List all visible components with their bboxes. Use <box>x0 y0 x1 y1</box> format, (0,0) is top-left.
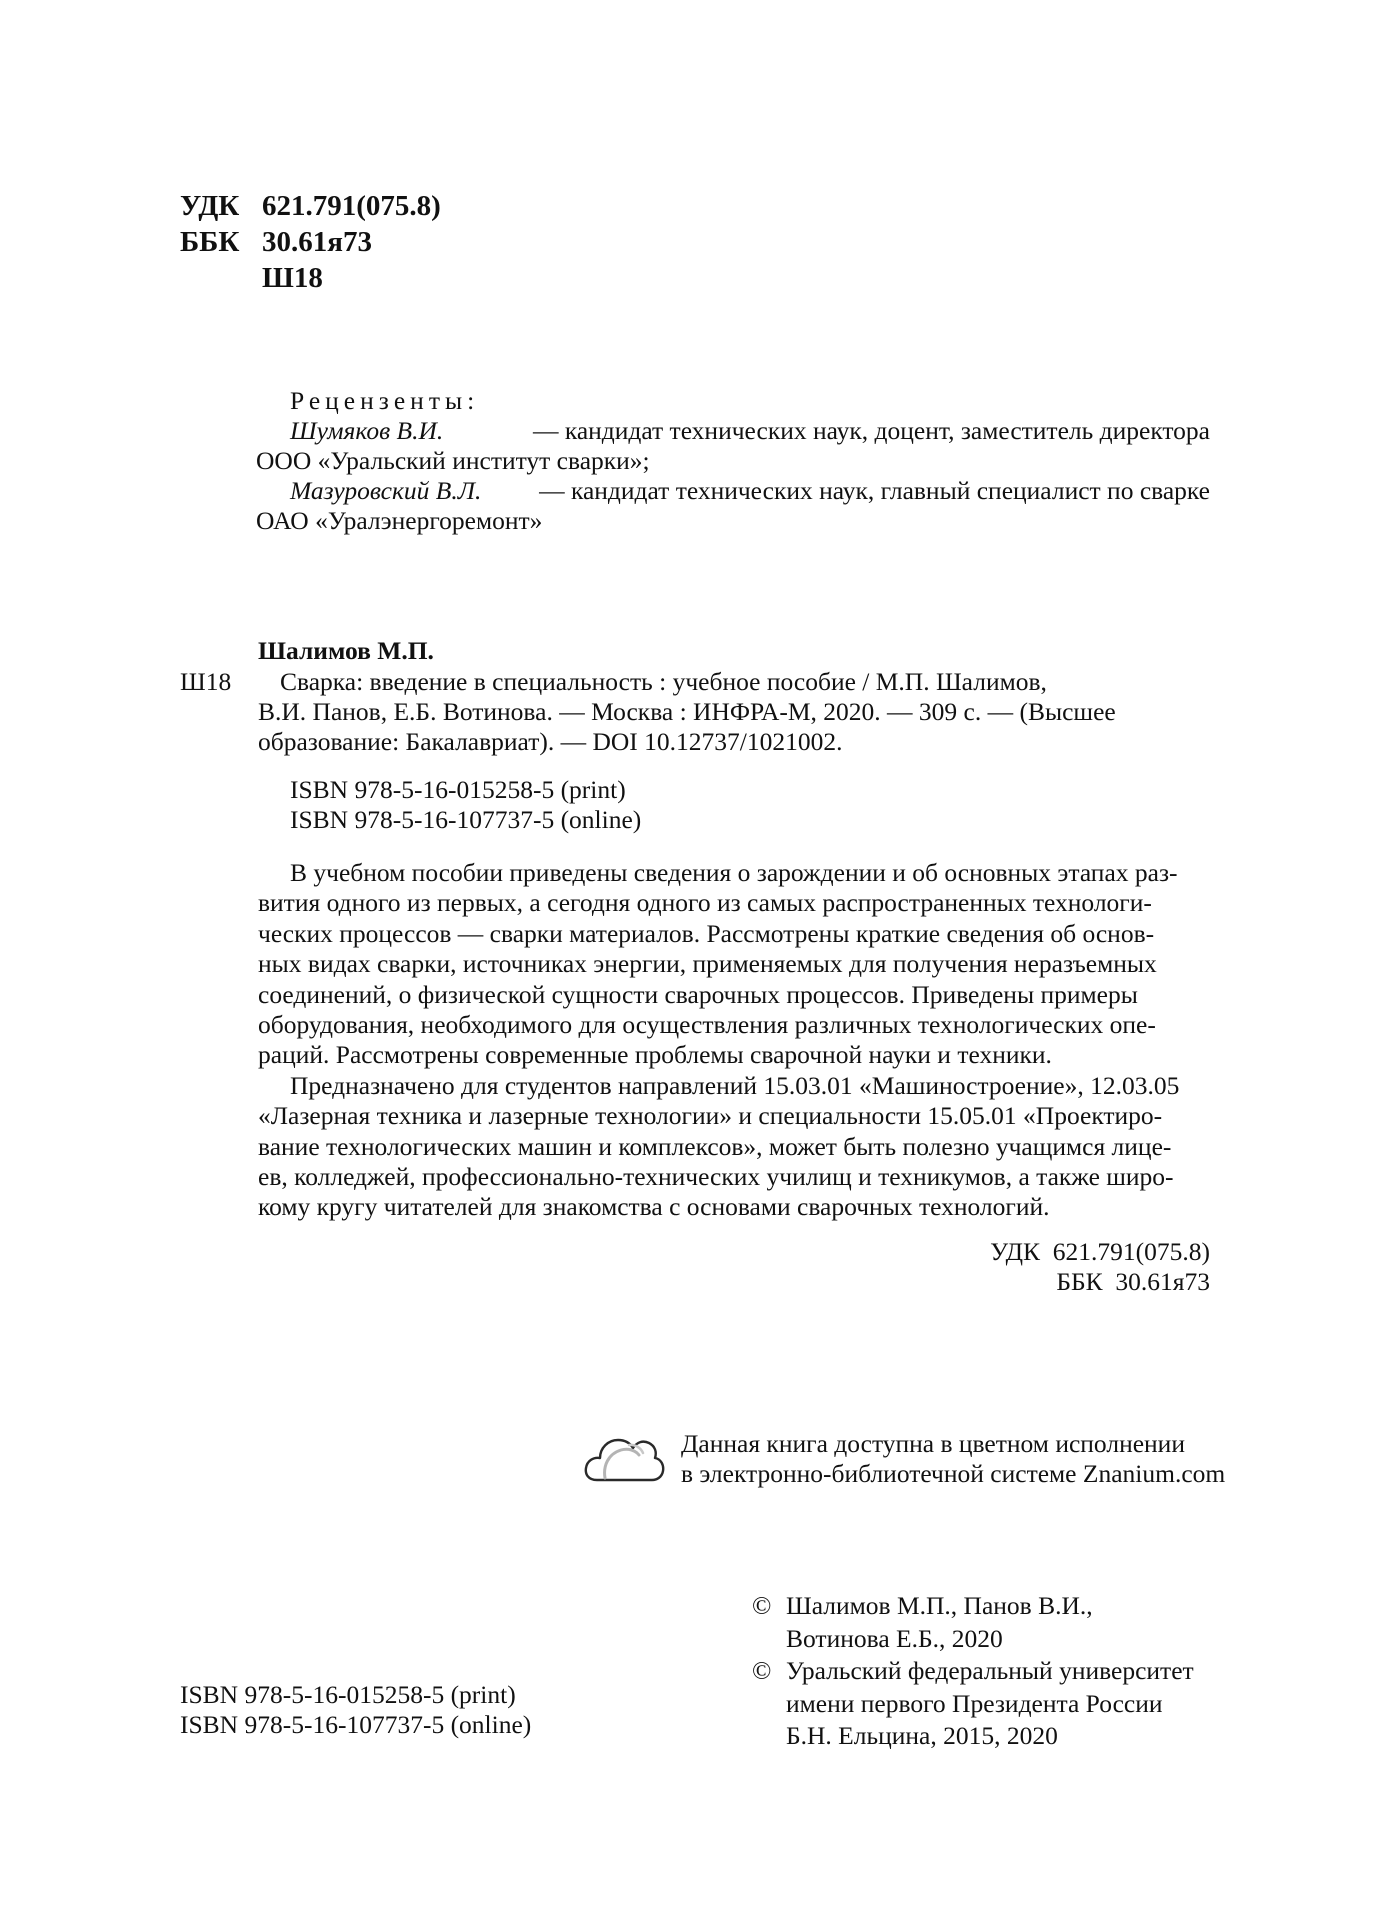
card-code: Ш18 <box>180 667 231 697</box>
card-isbn-print: ISBN 978-5-16-015258-5 (print) <box>290 775 641 805</box>
copyright-block: © Шалимов М.П., Панов В.И., Вотинова Е.Б… <box>752 1590 1194 1753</box>
isbn-bottom-print: ISBN 978-5-16-015258-5 (print) <box>180 1680 531 1710</box>
copyright-entry-authors: © Шалимов М.П., Панов В.И., Вотинова Е.Б… <box>752 1590 1194 1655</box>
annotation-p2-line: «Лазерная техника и лазерные технологии»… <box>258 1101 1210 1131</box>
reviewers-heading: Рецензенты: <box>290 386 1210 416</box>
reviewer-2-description: — кандидат технических наук, главный спе… <box>539 476 1210 506</box>
reviewers-block: Рецензенты: Шумяков В.И. — кандидат техн… <box>290 386 1210 536</box>
annotation-p2-line: Предназначено для студентов направлений … <box>258 1071 1210 1101</box>
card-isbn-block: ISBN 978-5-16-015258-5 (print) ISBN 978-… <box>290 775 641 835</box>
classification-block-right: УДК 621.791(075.8) ББК 30.61я73 <box>990 1237 1210 1297</box>
annotation: В учебном пособии приведены сведения о з… <box>258 858 1210 1223</box>
annotation-p1-line: ческих процессов — сварки материалов. Ра… <box>258 919 1210 949</box>
card-author: Шалимов М.П. <box>258 636 434 666</box>
annotation-p1-line: В учебном пособии приведены сведения о з… <box>258 858 1210 888</box>
udk-value: 621.791(075.8) <box>262 188 441 224</box>
annotation-p1-line: раций. Рассмотрены современные проблемы … <box>258 1040 1210 1070</box>
copyright-text-line: имени первого Президента России <box>786 1688 1194 1721</box>
annotation-p2-line: кому кругу читателей для знакомства с ос… <box>258 1192 1210 1222</box>
copyright-text-line: Шалимов М.П., Панов В.И., <box>786 1590 1093 1623</box>
copyright-text-line: Уральский федеральный университет <box>786 1655 1194 1688</box>
isbn-bottom-block: ISBN 978-5-16-015258-5 (print) ISBN 978-… <box>180 1680 531 1740</box>
znanium-notice: Данная книга доступна в цветном исполнен… <box>583 1428 1225 1489</box>
cloud-notice-text: Данная книга доступна в цветном исполнен… <box>681 1429 1225 1489</box>
reviewer-2-organization: ОАО «Уралэнергоремонт» <box>256 506 1210 536</box>
cloud-notice-line-2: в электронно-библиотечной системе Znaniu… <box>681 1459 1225 1489</box>
cloud-icon <box>583 1428 681 1489</box>
card-line-2: В.И. Панов, Е.Б. Вотинова. — Москва : ИН… <box>258 697 1210 727</box>
author-mark: Ш18 <box>262 260 323 296</box>
cloud-notice-line-1: Данная книга доступна в цветном исполнен… <box>681 1429 1225 1459</box>
copyright-entry-university: © Уральский федеральный университет имен… <box>752 1655 1194 1753</box>
card-description: Сварка: введение в специальность : учебн… <box>258 667 1210 757</box>
annotation-p1-line: вития одного из первых, а сегодня одного… <box>258 888 1210 918</box>
udk-right: УДК 621.791(075.8) <box>990 1237 1210 1267</box>
copyright-text-line: Вотинова Е.Б., 2020 <box>786 1623 1093 1656</box>
copyright-text-line: Б.Н. Ельцина, 2015, 2020 <box>786 1720 1194 1753</box>
copyright-symbol: © <box>752 1655 786 1753</box>
annotation-p1-line: соединений, о физической сущности свароч… <box>258 980 1210 1010</box>
udk-row: УДК 621.791(075.8) <box>180 188 441 224</box>
bbk-row: ББК 30.61я73 <box>180 224 441 260</box>
reviewer-1-line-1: Шумяков В.И. — кандидат технических наук… <box>290 416 1210 446</box>
reviewer-1-name: Шумяков В.И. <box>290 416 443 446</box>
annotation-p2-line: ев, колледжей, профессионально-техническ… <box>258 1162 1210 1192</box>
annotation-p1-line: ных видах сварки, источниках энергии, пр… <box>258 949 1210 979</box>
bbk-right: ББК 30.61я73 <box>990 1267 1210 1297</box>
annotation-p1-line: оборудования, необходимого для осуществл… <box>258 1010 1210 1040</box>
reviewer-1-description: — кандидат технических наук, доцент, зам… <box>533 416 1210 446</box>
bbk-value: 30.61я73 <box>262 224 372 260</box>
author-mark-row: Ш18 <box>180 260 441 296</box>
bbk-label: ББК <box>180 224 262 260</box>
reviewer-1-organization: ООО «Уральский институт сварки»; <box>256 446 1210 476</box>
copyright-symbol: © <box>752 1590 786 1655</box>
isbn-bottom-online: ISBN 978-5-16-107737-5 (online) <box>180 1710 531 1740</box>
card-isbn-online: ISBN 978-5-16-107737-5 (online) <box>290 805 641 835</box>
card-line-1: Сварка: введение в специальность : учебн… <box>258 667 1210 697</box>
card-line-3: образование: Бакалавриат). — DOI 10.1273… <box>258 727 1210 757</box>
classification-block-top: УДК 621.791(075.8) ББК 30.61я73 Ш18 <box>180 188 441 296</box>
annotation-p2-line: вание технологических машин и комплексов… <box>258 1132 1210 1162</box>
reviewer-2-line-1: Мазуровский В.Л. — кандидат технических … <box>290 476 1210 506</box>
reviewer-2-name: Мазуровский В.Л. <box>290 476 481 506</box>
udk-label: УДК <box>180 188 262 224</box>
